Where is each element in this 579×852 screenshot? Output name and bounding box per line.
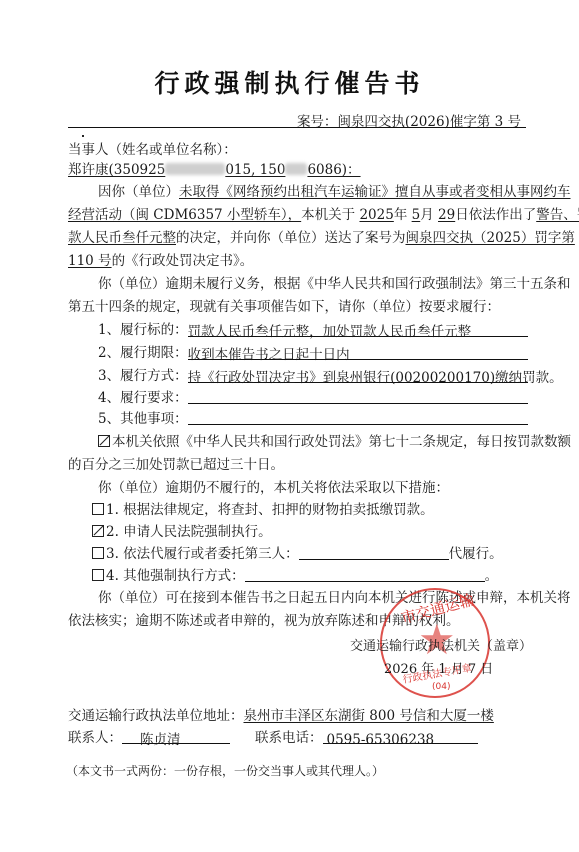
item-label: 2、履行期限：: [98, 345, 188, 361]
redacted-id: [165, 163, 225, 175]
decision-year: 2025: [359, 207, 393, 223]
para1-tail2: 的《行政处罚决定书》。: [112, 253, 254, 269]
party-name: 郑许康(350925015, 1506086)：: [68, 160, 361, 180]
measure-2: 2. 申请人民法院强制执行。: [92, 522, 272, 542]
surcharge-text: 本机关依照《中华人民共和国行政处罚法》第七十二条规定，每日按罚款数额: [112, 434, 571, 450]
redacted-phone: [285, 163, 307, 175]
penalty-text-cont: 款人民币叁仟元整: [68, 230, 176, 246]
seal-code: (04): [432, 682, 450, 692]
measure-checkbox: [92, 503, 104, 515]
measure-text: 3. 依法代履行或者委托第三人：: [106, 546, 299, 562]
para1-lead: 因你（单位）: [98, 184, 179, 200]
phone-field: 0595-65306238: [323, 730, 478, 744]
other-method-field: [245, 567, 485, 582]
para1-line1: 因你（单位）未取得《网络预约出租汽车运输证》擅自从事或者变相从事网约车: [98, 182, 571, 202]
item-label: 5、其他事项：: [98, 411, 188, 427]
contact-value: 陈贞清: [140, 732, 181, 748]
contact-row: 联系人：陈贞清: [68, 728, 230, 748]
item-value: 罚款人民币叁仟元整，加处罚款人民币叁仟元整: [188, 324, 472, 340]
phone-label: 联系电话：: [255, 730, 323, 746]
address-label: 交通运输行政执法单位地址：: [68, 708, 244, 724]
para1-line2: 经营活动（闽 CDM6357 小型轿车），本机关于 2025年 5月 29日依法…: [68, 205, 579, 225]
year-unit: 年: [394, 207, 408, 223]
para1-mid: 本机关于: [301, 207, 355, 223]
para1-line3: 款人民币叁仟元整的决定，并向你（单位）送达了案号为闽泉四交执（2025）罚字第: [68, 228, 575, 248]
measure-4: 4. 其他强制执行方式：。: [92, 566, 498, 586]
item-value-field: [188, 389, 528, 404]
phone-value: 0595-65306238: [327, 732, 435, 748]
contact-label: 联系人：: [68, 730, 122, 746]
measures-intro: 你（单位）逾期仍不履行的，本机关将依法采取以下措施：: [98, 478, 449, 498]
item-3: 3、履行方式：持《行政处罚决定书》到泉州银行(00200200170)缴纳罚款。: [98, 366, 528, 386]
month-unit: 月: [420, 207, 434, 223]
signing-authority: 交通运输行政执法机关（盖章）: [350, 635, 532, 654]
measure-checkbox: [92, 569, 104, 581]
address-row: 交通运输行政执法单位地址：泉州市丰泽区东湖街 800 号信和大厦一楼: [68, 706, 494, 726]
measure-text: 1. 根据法律规定，将查封、扣押的财物拍卖抵缴罚款。: [106, 502, 434, 518]
document-title: 行政强制执行催告书: [0, 64, 579, 100]
copies-note: （本文书一式两份：一份存根，一份交当事人或其代理人。）: [66, 762, 384, 779]
violation-text: 未取得《网络预约出租汽车运输证》擅自从事或者变相从事网约车: [179, 184, 571, 200]
para1-line4: 110 号的《行政处罚决定书》。: [68, 251, 253, 271]
measure-suffix: 代履行。: [449, 546, 503, 562]
item-value-field: 持《行政处罚决定书》到泉州银行(00200200170)缴纳罚款。: [188, 368, 528, 383]
measure-1: 1. 根据法律规定，将查封、扣押的财物拍卖抵缴罚款。: [92, 500, 434, 520]
item-value-field: [188, 410, 528, 425]
measure-suffix: 。: [485, 568, 499, 584]
address-value: 泉州市丰泽区东湖街 800 号信和大厦一楼: [244, 708, 494, 724]
contact-field: 陈贞清: [122, 730, 230, 744]
decision-month: 5: [412, 207, 421, 223]
measure-checkbox: [92, 547, 104, 559]
party-label: 当事人（姓名或单位名称）：: [68, 140, 237, 160]
third-party-field: [299, 545, 449, 560]
measure-text: 4. 其他强制执行方式：: [106, 568, 245, 584]
item-value-field: 罚款人民币叁仟元整，加处罚款人民币叁仟元整: [188, 322, 528, 337]
measure-text: 2. 申请人民法院强制执行。: [106, 524, 272, 540]
measure-checkbox: [92, 525, 104, 537]
item-4: 4、履行要求：: [98, 388, 528, 408]
phone-row: 联系电话：0595-65306238: [255, 728, 478, 748]
header-divider: [68, 127, 526, 128]
party-name-suffix: 6086)：: [307, 162, 360, 178]
party-name-mid: 015, 150: [225, 162, 285, 178]
day-unit: 日依法作出了: [455, 207, 536, 223]
surcharge-line1: 本机关依照《中华人民共和国行政处罚法》第七十二条规定，每日按罚款数额: [98, 432, 571, 452]
item-1: 1、履行标的：罚款人民币叁仟元整，加处罚款人民币叁仟元整: [98, 320, 528, 340]
item-label: 1、履行标的：: [98, 322, 188, 338]
decision-day: 29: [438, 207, 455, 223]
signing-date: 2026 年 1 月 7 日: [384, 658, 493, 677]
item-value: 持《行政处罚决定书》到泉州银行(00200200170)缴纳罚款。: [188, 370, 563, 386]
decision-number-cont: 110 号: [68, 253, 112, 269]
decision-number: 闽泉四交执（2025）罚字第: [406, 230, 575, 246]
item-2: 2、履行期限：收到本催告书之日起十日内: [98, 343, 528, 363]
measure-3: 3. 依法代履行或者委托第三人：代履行。: [92, 544, 503, 564]
violation-text-cont: 经营活动（闽 CDM6357 小型轿车），: [68, 207, 301, 223]
para2-line2: 第五十四条的规定，现就有关事项催告如下，请你（单位）按要求履行：: [68, 297, 500, 317]
item-value: 收到本催告书之日起十日内: [188, 347, 350, 363]
para2-line1: 你（单位）逾期未履行义务，根据《中华人民共和国行政强制法》第三十五条和: [98, 274, 571, 294]
surcharge-line2: 的百分之三加处罚款已超过三十日。: [68, 455, 284, 475]
para1-tail1: 的决定，并向你（单位）送达了案号为: [176, 230, 406, 246]
penalty-text: 警告、罚: [536, 207, 579, 223]
surcharge-checkbox: [98, 435, 110, 447]
scan-speck: [82, 135, 84, 137]
party-name-prefix: 郑许康(350925: [68, 162, 165, 178]
item-5: 5、其他事项：: [98, 409, 528, 429]
item-value-field: 收到本催告书之日起十日内: [188, 345, 528, 360]
statement-line1: 你（单位）可在接到本催告书之日起五日内向本机关进行陈述或申辩，本机关将: [98, 588, 571, 608]
item-label: 4、履行要求：: [98, 390, 188, 406]
item-label: 3、履行方式：: [98, 368, 188, 384]
